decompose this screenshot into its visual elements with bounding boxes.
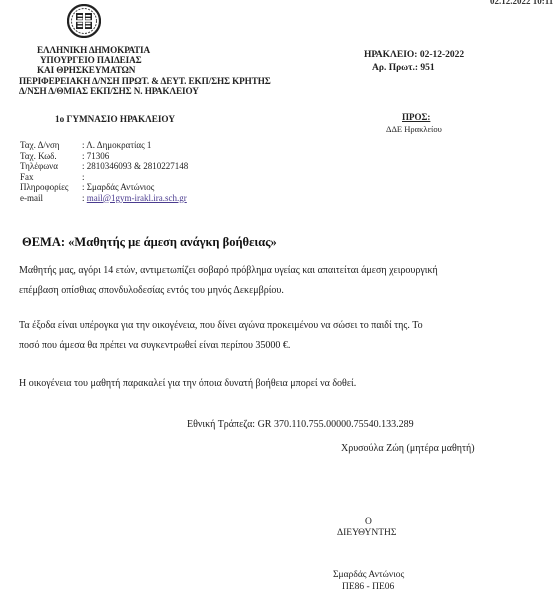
contact-label: Τηλέφωνα (20, 161, 82, 172)
contact-label: Fax (20, 172, 82, 183)
header-regional-directorate: ΠΕΡΙΦΕΡΕΙΑΚΗ Δ/ΝΣΗ ΠΡΩΤ. & ΔΕΥΤ. ΕΚΠ/ΣΗΣ… (19, 76, 271, 86)
contact-label: Ταχ. Κωδ. (20, 151, 82, 162)
signature-name: Σμαρδάς Αντώνιος (333, 570, 404, 580)
bank-account: Εθνική Τράπεζα: GR 370.110.755.00000.755… (187, 419, 414, 430)
paragraph-request: Η οικογένεια του μαθητή παρακαλεί για τη… (19, 374, 439, 394)
header-republic: ΕΛΛΗΝΙΚΗ ΔΗΜΟΚΡΑΤΙΑ (37, 45, 150, 55)
contact-row-fax: Fax : (20, 172, 188, 183)
header-ministry: ΥΠΟΥΡΓΕΙΟ ΠΑΙΔΕΙΑΣ (40, 55, 142, 65)
greek-coat-of-arms-icon (67, 4, 101, 38)
signature-article: Ο (365, 517, 372, 527)
signature-code: ΠΕ86 - ΠΕ06 (342, 582, 394, 592)
header-ministry-religion: ΚΑΙ ΘΡΗΣΚΕΥΜΑΤΩΝ (37, 65, 135, 75)
contact-row-address: Ταχ. Δ/νση : Λ. Δημοκρατίας 1 (20, 140, 188, 151)
contact-row-postcode: Ταχ. Κωδ. : 71306 (20, 151, 188, 162)
contact-info: Ταχ. Δ/νση : Λ. Δημοκρατίας 1 Ταχ. Κωδ. … (20, 140, 188, 203)
contact-value: : Λ. Δημοκρατίας 1 (82, 140, 188, 151)
contact-label: e-mail (20, 193, 82, 204)
contact-row-info: Πληροφορίες : Σμαρδάς Αντώνιος (20, 182, 188, 193)
place-date: ΗΡΑΚΛΕΙΟ: 02-12-2022 (364, 50, 464, 60)
contact-value: : Σμαρδάς Αντώνιος (82, 182, 188, 193)
email-link[interactable]: mail@1gym-irakl.ira.sch.gr (87, 193, 187, 203)
subject-line: ΘΕΜΑ: «Μαθητής με άμεση ανάγκη βοήθειας» (22, 235, 277, 250)
contact-row-phones: Τηλέφωνα : 2810346093 & 2810227148 (20, 161, 188, 172)
contact-label: Ταχ. Δ/νση (20, 140, 82, 151)
contact-row-email: e-mail : mail@1gym-irakl.ira.sch.gr (20, 193, 188, 204)
contact-value: : 71306 (82, 151, 188, 162)
account-holder: Χρυσούλα Ζώη (μητέρα μαθητή) (341, 443, 475, 454)
fax-timestamp: 02.12.2022 10:11 (490, 0, 553, 6)
school-name: 1ο ΓΥΜΝΑΣΙΟ ΗΡΑΚΛΕΙΟΥ (55, 114, 175, 124)
protocol-number: Αρ. Πρωτ.: 951 (372, 63, 435, 73)
contact-value: : mail@1gym-irakl.ira.sch.gr (82, 193, 188, 204)
to-label: ΠΡΟΣ: (402, 112, 430, 122)
contact-value: : (82, 172, 188, 183)
contact-value: : 2810346093 & 2810227148 (82, 161, 188, 172)
paragraph-condition: Μαθητής μας, αγόρι 14 ετών, αντιμετωπίζε… (19, 261, 439, 301)
header-secondary-directorate: Δ/ΝΣΗ Δ/ΘΜΙΑΣ ΕΚΠ/ΣΗΣ Ν. ΗΡΑΚΛΕΙΟΥ (19, 86, 199, 96)
recipient: ΔΔΕ Ηρακλείου (386, 124, 442, 134)
paragraph-expenses: Τα έξοδα είναι υπέρογκα για την οικογένε… (19, 316, 439, 356)
contact-label: Πληροφορίες (20, 182, 82, 193)
signature-title: ΔΙΕΥΘΥΝΤΗΣ (337, 528, 396, 538)
